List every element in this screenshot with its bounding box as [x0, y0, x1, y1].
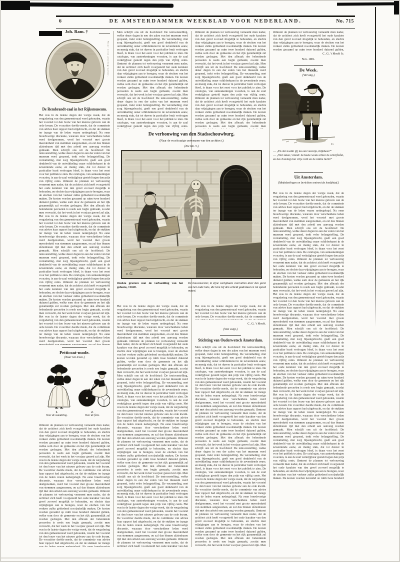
- portrait-credit: Naar eene photographie.: [107, 41, 110, 103]
- engraving-note: (Zie blz. 5.): [117, 145, 266, 149]
- column-rule-1: [114, 31, 115, 547]
- scan-artifact-page-edge-line: [375, 7, 376, 327]
- column-rule-3: [270, 31, 271, 547]
- engraving-subtitle: (Naar de voorloopige ontwerpen van den a…: [117, 139, 266, 143]
- scan-artifact-top-right-streak: [337, 2, 400, 5]
- section-divider: [294, 65, 323, 66]
- svg-text:v. G.: v. G.: [126, 271, 133, 276]
- fashion-fig1-caption: Voor de wandeling.: [39, 414, 75, 417]
- article-title-rembrandt-zaal: De Rembrandt-zaal in het Rijksmuseum.: [39, 107, 110, 112]
- body-text: Omtrent de plannen tot verbouwing vernee…: [39, 424, 110, 547]
- week-caption-line: en des Zondags het vrije veld en de ruim…: [273, 158, 344, 162]
- body-text: Het was in de laatste dagen der vorige w…: [39, 114, 110, 345]
- central-engraving-skeleton-scene: v. G.: [121, 150, 262, 279]
- newspaper-page: 6 DE AMSTERDAMMER WEEKBLAD VOOR NEDERLAN…: [1, 1, 400, 562]
- engraving-title: De verbouwing van den Stadsschouwburg.: [117, 132, 266, 137]
- section-divider: [62, 347, 87, 348]
- body-text: Men schrijft ons uit de hoofdstad: De te…: [117, 31, 188, 129]
- fashion-cartoon: [39, 362, 110, 410]
- newspaper-scan: 6 DE AMSTERDAMMER WEEKBLAD VOOR NEDERLAN…: [0, 0, 400, 562]
- week-title: De Week.: [273, 68, 344, 73]
- week-cartoon-hunter: C.: [279, 80, 338, 147]
- portrait-engraving: [44, 38, 106, 104]
- scan-artifact-corner-bar: [394, 1, 400, 15]
- fashion-subtitle: (Naar het leven.): [39, 356, 110, 359]
- obit-label-rule: [99, 33, 110, 34]
- body-text: Het was in de laatste dagen der vorige w…: [195, 305, 266, 320]
- header-rule-bottom: [56, 28, 355, 29]
- section-divider: [294, 172, 323, 173]
- section-subtitle: (Mededeelingen en berichten omtrent de h…: [273, 182, 344, 186]
- body-text: Men schrijft ons uit de hoofdstad: De te…: [195, 346, 266, 547]
- week-subtitle: (Vervolg.): [273, 74, 344, 78]
- body-text: Omtrent de plannen tot verbouwing vernee…: [195, 31, 266, 129]
- engraving-caption-left: Oudste gravure met de verbeelding van he…: [117, 282, 183, 290]
- obit-label-block: [39, 31, 62, 36]
- fashion-fig2-caption: Voor de fiets.: [75, 414, 111, 417]
- svg-text:C.: C.: [331, 142, 334, 146]
- section-title-ouderwetsch: Stichting van Ouderwetsch Amsterdam.: [195, 338, 266, 343]
- scan-artifact-bottom-line: [1, 558, 301, 559]
- obit-label: Joh. Ram. †: [65, 29, 88, 34]
- section-title-uit-amsterdam: Uit Amsterdam.: [273, 175, 344, 180]
- issue-number: No. 715: [336, 19, 354, 25]
- article-signature: C. G. 't Hooft Jr.: [273, 52, 344, 56]
- fashion-title: Petticoat-mode.: [39, 350, 110, 355]
- masthead-title: DE AMSTERDAMMER WEEKBLAD VOOR NEDERLAND.: [56, 19, 355, 25]
- body-text: Het was in de laatste dagen der vorige w…: [273, 192, 344, 479]
- body-text: Omtrent de plannen tot verbouwing vernee…: [273, 31, 344, 51]
- section-divider: [220, 335, 241, 336]
- body-text: Het was in de laatste dagen der vorige w…: [117, 305, 188, 547]
- dateline: Nov. 1901.: [273, 58, 344, 61]
- article-signature: C. G. 't Hooft.: [195, 322, 266, 326]
- article-closing: (Slot volgt.): [195, 328, 266, 331]
- engraving-caption-right: De bouwmeester, in zijne werkplaats over…: [188, 282, 266, 293]
